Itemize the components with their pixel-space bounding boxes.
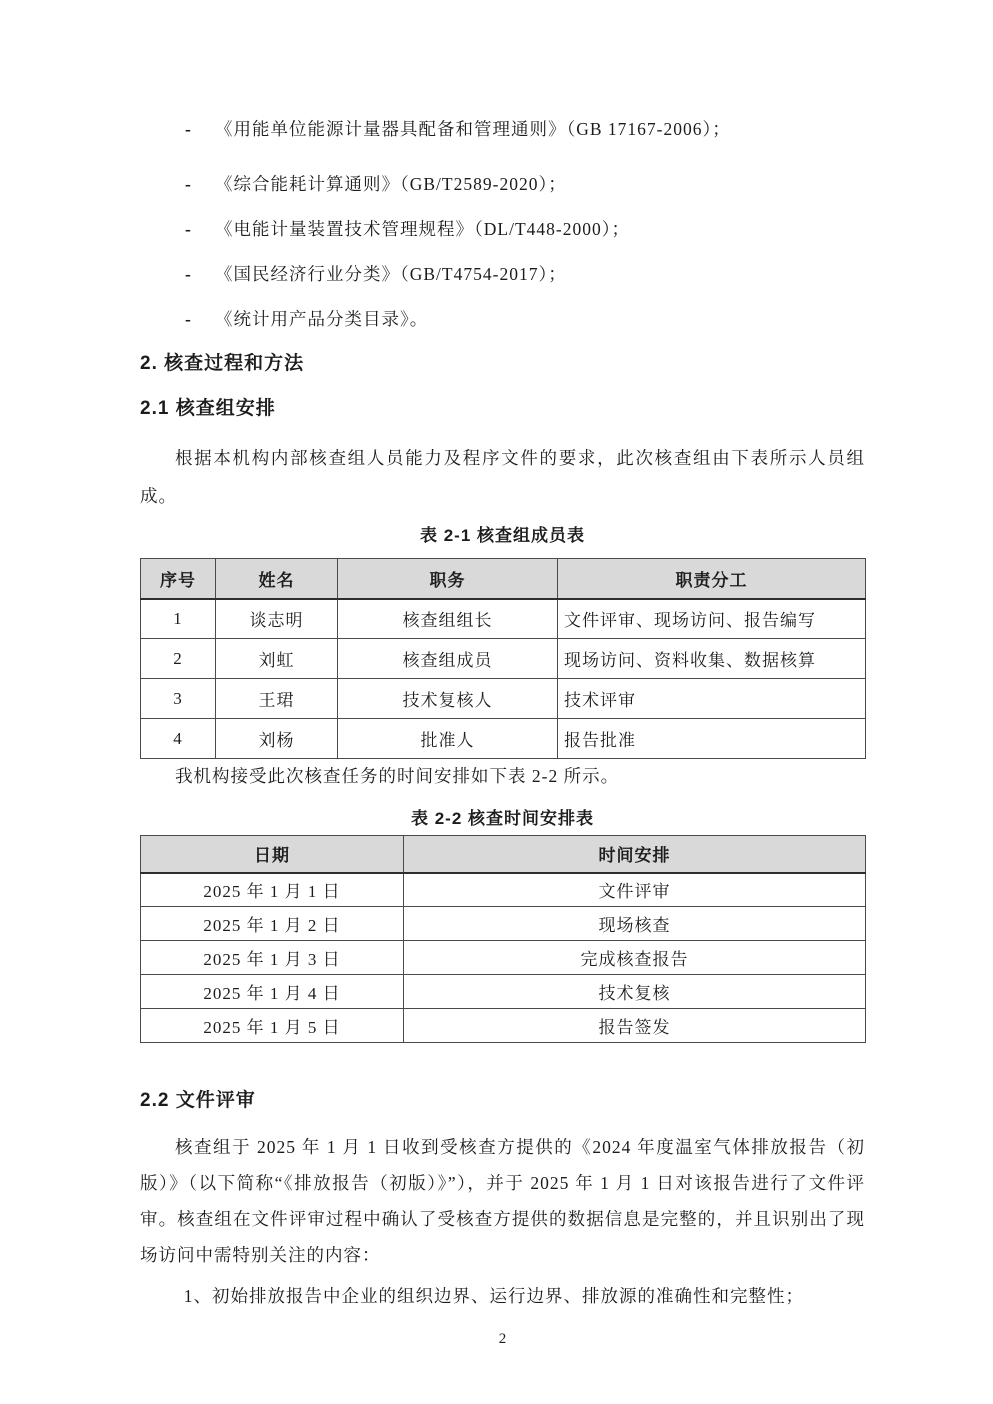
cell-name: 谈志明	[216, 599, 338, 639]
cell-plan: 完成核查报告	[404, 941, 866, 975]
cell-date: 2025 年 1 月 2 日	[141, 907, 404, 941]
cell-date: 2025 年 1 月 4 日	[141, 975, 404, 1009]
cell-duty: 现场访问、资料收集、数据核算	[558, 639, 866, 679]
reference-text: 《综合能耗计算通则》（GB/T2589-2020）；	[215, 173, 865, 195]
schedule-intro-paragraph: 我机构接受此次核查任务的时间安排如下表 2-2 所示。	[140, 763, 865, 789]
table-row: 3 王珺 技术复核人 技术评审	[141, 679, 866, 719]
cell-no: 1	[141, 599, 216, 639]
table-row: 2025 年 1 月 4 日 技术复核	[141, 975, 866, 1009]
cell-no: 4	[141, 719, 216, 759]
bullet-dash: -	[185, 118, 215, 140]
page-number: 2	[140, 1329, 865, 1349]
table-row: 2025 年 1 月 2 日 现场核查	[141, 907, 866, 941]
table-row: 1 谈志明 核查组组长 文件评审、现场访问、报告编写	[141, 599, 866, 639]
table-row: 2 刘虹 核查组成员 现场访问、资料收集、数据核算	[141, 639, 866, 679]
reference-item: - 《用能单位能源计量器具配备和管理通则》（GB 17167-2006）；	[140, 118, 865, 140]
reference-item: - 《电能计量装置技术管理规程》（DL/T448-2000）；	[140, 218, 865, 240]
table-row: 4 刘杨 批准人 报告批准	[141, 719, 866, 759]
table-row: 2025 年 1 月 1 日 文件评审	[141, 873, 866, 907]
cell-duty: 报告批准	[558, 719, 866, 759]
cell-name: 刘杨	[216, 719, 338, 759]
header-cell-duty: 职责分工	[558, 559, 866, 599]
cell-role: 核查组成员	[338, 639, 558, 679]
cell-name: 王珺	[216, 679, 338, 719]
cell-role: 批准人	[338, 719, 558, 759]
table-2-2-caption: 表 2-2 核查时间安排表	[140, 808, 865, 830]
section-2-2-paragraph: 核查组于 2025 年 1 月 1 日收到受核查方提供的《2024 年度温室气体…	[140, 1129, 865, 1273]
table-row: 2025 年 1 月 5 日 报告签发	[141, 1009, 866, 1043]
section-2-1-paragraph: 根据本机构内部核查组人员能力及程序文件的要求，此次核查组由下表所示人员组成。	[140, 439, 865, 515]
section-2-heading: 2. 核查过程和方法	[140, 353, 865, 375]
table-2-1-caption: 表 2-1 核查组成员表	[140, 525, 865, 547]
header-cell-role: 职务	[338, 559, 558, 599]
bullet-dash: -	[185, 173, 215, 195]
table-header-row: 日期 时间安排	[141, 836, 866, 873]
header-cell-plan: 时间安排	[404, 836, 866, 873]
page-content: - 《用能单位能源计量器具配备和管理通则》（GB 17167-2006）； - …	[0, 0, 993, 1349]
header-cell-name: 姓名	[216, 559, 338, 599]
reference-text: 《国民经济行业分类》（GB/T4754-2017）；	[215, 263, 865, 285]
reference-item: - 《统计用产品分类目录》。	[140, 308, 865, 330]
verification-team-table: 序号 姓名 职务 职责分工 1 谈志明 核查组组长 文件评审、现场访问、报告编写…	[140, 558, 866, 759]
bullet-dash: -	[185, 218, 215, 240]
document-page: - 《用能单位能源计量器具配备和管理通则》（GB 17167-2006）； - …	[0, 0, 993, 1404]
header-cell-no: 序号	[141, 559, 216, 599]
reference-text: 《电能计量装置技术管理规程》（DL/T448-2000）；	[215, 218, 865, 240]
focus-item-1: 1、初始排放报告中企业的组织边界、运行边界、排放源的准确性和完整性；	[140, 1285, 865, 1307]
cell-name: 刘虹	[216, 639, 338, 679]
cell-role: 核查组组长	[338, 599, 558, 639]
verification-schedule-table: 日期 时间安排 2025 年 1 月 1 日 文件评审 2025 年 1 月 2…	[140, 835, 866, 1043]
header-cell-date: 日期	[141, 836, 404, 873]
cell-role: 技术复核人	[338, 679, 558, 719]
reference-text: 《统计用产品分类目录》。	[215, 308, 865, 330]
reference-item: - 《综合能耗计算通则》（GB/T2589-2020）；	[140, 173, 865, 195]
cell-plan: 现场核查	[404, 907, 866, 941]
cell-no: 3	[141, 679, 216, 719]
cell-no: 2	[141, 639, 216, 679]
bullet-dash: -	[185, 308, 215, 330]
cell-plan: 报告签发	[404, 1009, 866, 1043]
section-2-1-heading: 2.1 核查组安排	[140, 398, 865, 420]
table-row: 2025 年 1 月 3 日 完成核查报告	[141, 941, 866, 975]
cell-plan: 技术复核	[404, 975, 866, 1009]
cell-date: 2025 年 1 月 1 日	[141, 873, 404, 907]
reference-list: - 《用能单位能源计量器具配备和管理通则》（GB 17167-2006）； - …	[140, 118, 865, 330]
cell-date: 2025 年 1 月 3 日	[141, 941, 404, 975]
bullet-dash: -	[185, 263, 215, 285]
section-2-2-heading: 2.2 文件评审	[140, 1090, 865, 1112]
table-header-row: 序号 姓名 职务 职责分工	[141, 559, 866, 599]
cell-duty: 文件评审、现场访问、报告编写	[558, 599, 866, 639]
reference-item: - 《国民经济行业分类》（GB/T4754-2017）；	[140, 263, 865, 285]
reference-text: 《用能单位能源计量器具配备和管理通则》（GB 17167-2006）；	[215, 118, 865, 140]
cell-duty: 技术评审	[558, 679, 866, 719]
cell-date: 2025 年 1 月 5 日	[141, 1009, 404, 1043]
cell-plan: 文件评审	[404, 873, 866, 907]
